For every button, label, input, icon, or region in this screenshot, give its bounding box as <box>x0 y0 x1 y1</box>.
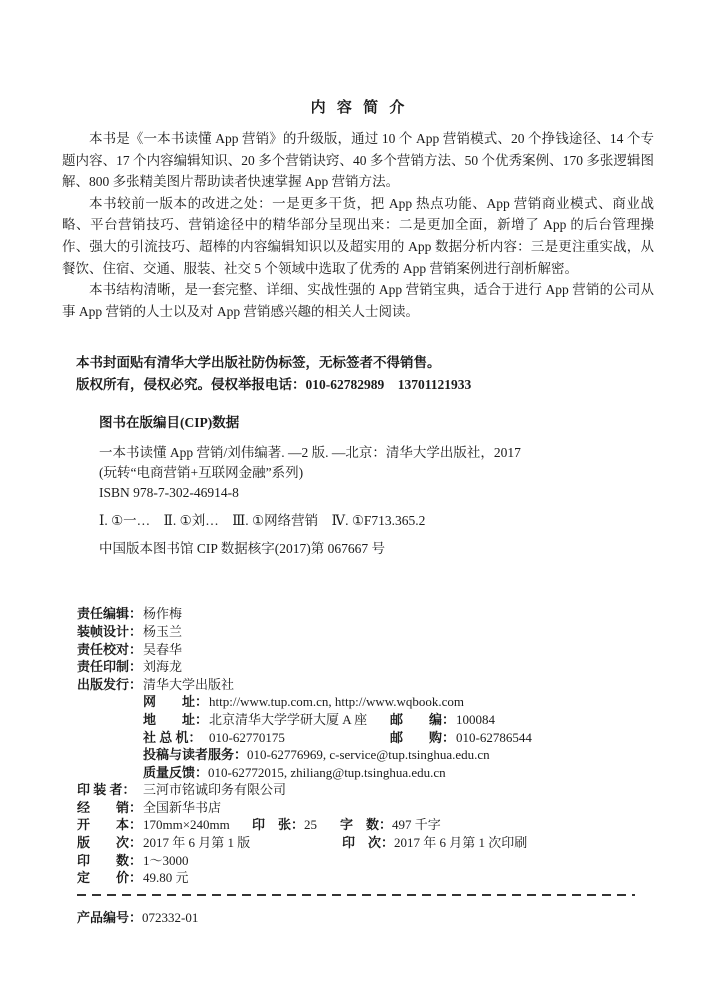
field-value: 北京清华大学学研大厦 A 座 <box>209 711 390 729</box>
product-number-value: 072332-01 <box>142 910 198 925</box>
field-value: 010-62776969, c-service@tup.tsinghua.edu… <box>247 747 490 762</box>
field-label: 责任编辑： <box>77 605 143 623</box>
field-value: 2017 年 6 月第 1 次印刷 <box>394 835 527 850</box>
field-value: 010-62770175 <box>209 729 390 747</box>
field-value: 2017 年 6 月第 1 版 <box>143 834 342 852</box>
contact-row-quality-feedback: 质量反馈：010-62772015, zhiliang@tup.tsinghua… <box>143 764 715 782</box>
field-value: 010-62772015, zhiliang@tup.tsinghua.edu.… <box>208 765 446 780</box>
staff-row-editor: 责任编辑：杨作梅 <box>77 605 715 623</box>
notice-line: 版权所有，侵权必究。侵权举报电话：010-62782989 1370112193… <box>76 374 656 396</box>
field-label: 印 次： <box>342 834 394 852</box>
field-label: 定 价： <box>77 869 143 887</box>
field-label: 责任印制： <box>77 658 143 676</box>
field-label: 网 址： <box>143 693 209 711</box>
field-label: 邮 购： <box>390 729 456 747</box>
field-value: 刘海龙 <box>143 659 182 674</box>
field-label: 印 数： <box>77 852 143 870</box>
field-value: 25 <box>304 816 340 834</box>
production-row-distributor: 经 销：全国新华书店 <box>77 799 715 817</box>
field-label: 经 销： <box>77 799 143 817</box>
field-label: 出版发行： <box>77 676 143 694</box>
field-value: 497 千字 <box>392 817 441 832</box>
dashed-divider <box>77 894 635 896</box>
cip-data-block: 一本书读懂 App 营销/刘伟编著. —2 版. —北京：清华大学出版社，201… <box>99 443 715 559</box>
copyright-page: 内 容 简 介 本书是《一本书读懂 App 营销》的升级版，通过 10 个 Ap… <box>0 0 715 1000</box>
field-value: 杨作梅 <box>143 606 182 621</box>
notice-line: 本书封面贴有清华大学出版社防伪标签，无标签者不得销售。 <box>76 352 656 374</box>
cip-title-line: 一本书读懂 App 营销/刘伟编著. —2 版. —北京：清华大学出版社，201… <box>99 443 715 463</box>
field-value: 010-62786544 <box>456 730 532 745</box>
field-label: 印 张： <box>252 816 304 834</box>
website-url: http://www.tup.com.cn, http://www.wqbook… <box>209 694 464 709</box>
production-row-format: 开 本：170mm×240mm印 张：25字 数：497 千字 <box>77 816 715 834</box>
field-value: 100084 <box>456 712 495 727</box>
cip-isbn-line: ISBN 978-7-302-46914-8 <box>99 483 715 503</box>
field-label: 版 次： <box>77 834 143 852</box>
field-label: 投稿与读者服务： <box>143 746 247 764</box>
field-value: 170mm×240mm <box>143 816 252 834</box>
page-title: 内 容 简 介 <box>0 96 715 117</box>
production-row-price: 定 价：49.80 元 <box>77 869 715 887</box>
intro-paragraph: 本书是《一本书读懂 App 营销》的升级版，通过 10 个 App 营销模式、2… <box>62 128 654 193</box>
cip-heading: 图书在版编目(CIP)数据 <box>99 411 715 431</box>
intro-paragraph: 本书结构清晰，是一套完整、详细、实战性强的 App 营销宝典，适合于进行 App… <box>62 279 654 322</box>
production-row-edition: 版 次：2017 年 6 月第 1 版印 次：2017 年 6 月第 1 次印刷 <box>77 834 715 852</box>
staff-row-designer: 装帧设计：杨玉兰 <box>77 623 715 641</box>
field-label: 质量反馈： <box>143 764 208 782</box>
field-value: 全国新华书店 <box>143 800 221 815</box>
colophon-section: 责任编辑：杨作梅 装帧设计：杨玉兰 责任校对：吴春华 责任印制：刘海龙 出版发行… <box>77 605 715 887</box>
field-value: 吴春华 <box>143 642 182 657</box>
field-label: 印 装 者： <box>77 781 143 799</box>
field-label: 装帧设计： <box>77 623 143 641</box>
staff-row-printing: 责任印制：刘海龙 <box>77 658 715 676</box>
staff-row-proofreader: 责任校对：吴春华 <box>77 641 715 659</box>
field-label: 产品编号： <box>77 909 142 927</box>
field-value: 杨玉兰 <box>143 624 182 639</box>
field-value: 49.80 元 <box>143 870 189 885</box>
production-row-printer: 印 装 者：三河市铭诚印务有限公司 <box>77 781 715 799</box>
field-label: 字 数： <box>340 816 392 834</box>
field-label: 地 址： <box>143 711 209 729</box>
contact-row-website: 网 址：http://www.tup.com.cn, http://www.wq… <box>143 693 715 711</box>
contact-row-address: 地 址：北京清华大学学研大厦 A 座邮 编：100084 <box>143 711 715 729</box>
contact-row-switchboard: 社 总 机：010-62770175邮 购：010-62786544 <box>143 729 715 747</box>
field-value: 1～3000 <box>143 853 189 868</box>
field-label: 社 总 机： <box>143 729 209 747</box>
field-label: 开 本： <box>77 816 143 834</box>
field-value: 三河市铭诚印务有限公司 <box>143 782 286 797</box>
cip-series-line: (玩转“电商营销+互联网金融”系列) <box>99 463 715 483</box>
contact-row-reader-service: 投稿与读者服务：010-62776969, c-service@tup.tsin… <box>143 746 715 764</box>
anti-piracy-notice: 本书封面贴有清华大学出版社防伪标签，无标签者不得销售。 版权所有，侵权必究。侵权… <box>76 352 656 396</box>
intro-paragraph: 本书较前一版本的改进之处：一是更多干货，把 App 热点功能、App 营销商业模… <box>62 193 654 279</box>
publisher-row: 出版发行：清华大学出版社 <box>77 676 715 694</box>
product-number-row: 产品编号：072332-01 <box>77 909 715 927</box>
intro-section: 本书是《一本书读懂 App 营销》的升级版，通过 10 个 App 营销模式、2… <box>62 128 654 322</box>
field-value: 清华大学出版社 <box>143 677 234 692</box>
production-row-print-run: 印 数：1～3000 <box>77 852 715 870</box>
field-label: 责任校对： <box>77 641 143 659</box>
field-label: 邮 编： <box>390 711 456 729</box>
cip-registry-line: 中国版本图书馆 CIP 数据核字(2017)第 067667 号 <box>99 539 715 559</box>
cip-classification-line: Ⅰ. ①一… Ⅱ. ①刘… Ⅲ. ①网络营销 Ⅳ. ①F713.365.2 <box>99 511 715 531</box>
